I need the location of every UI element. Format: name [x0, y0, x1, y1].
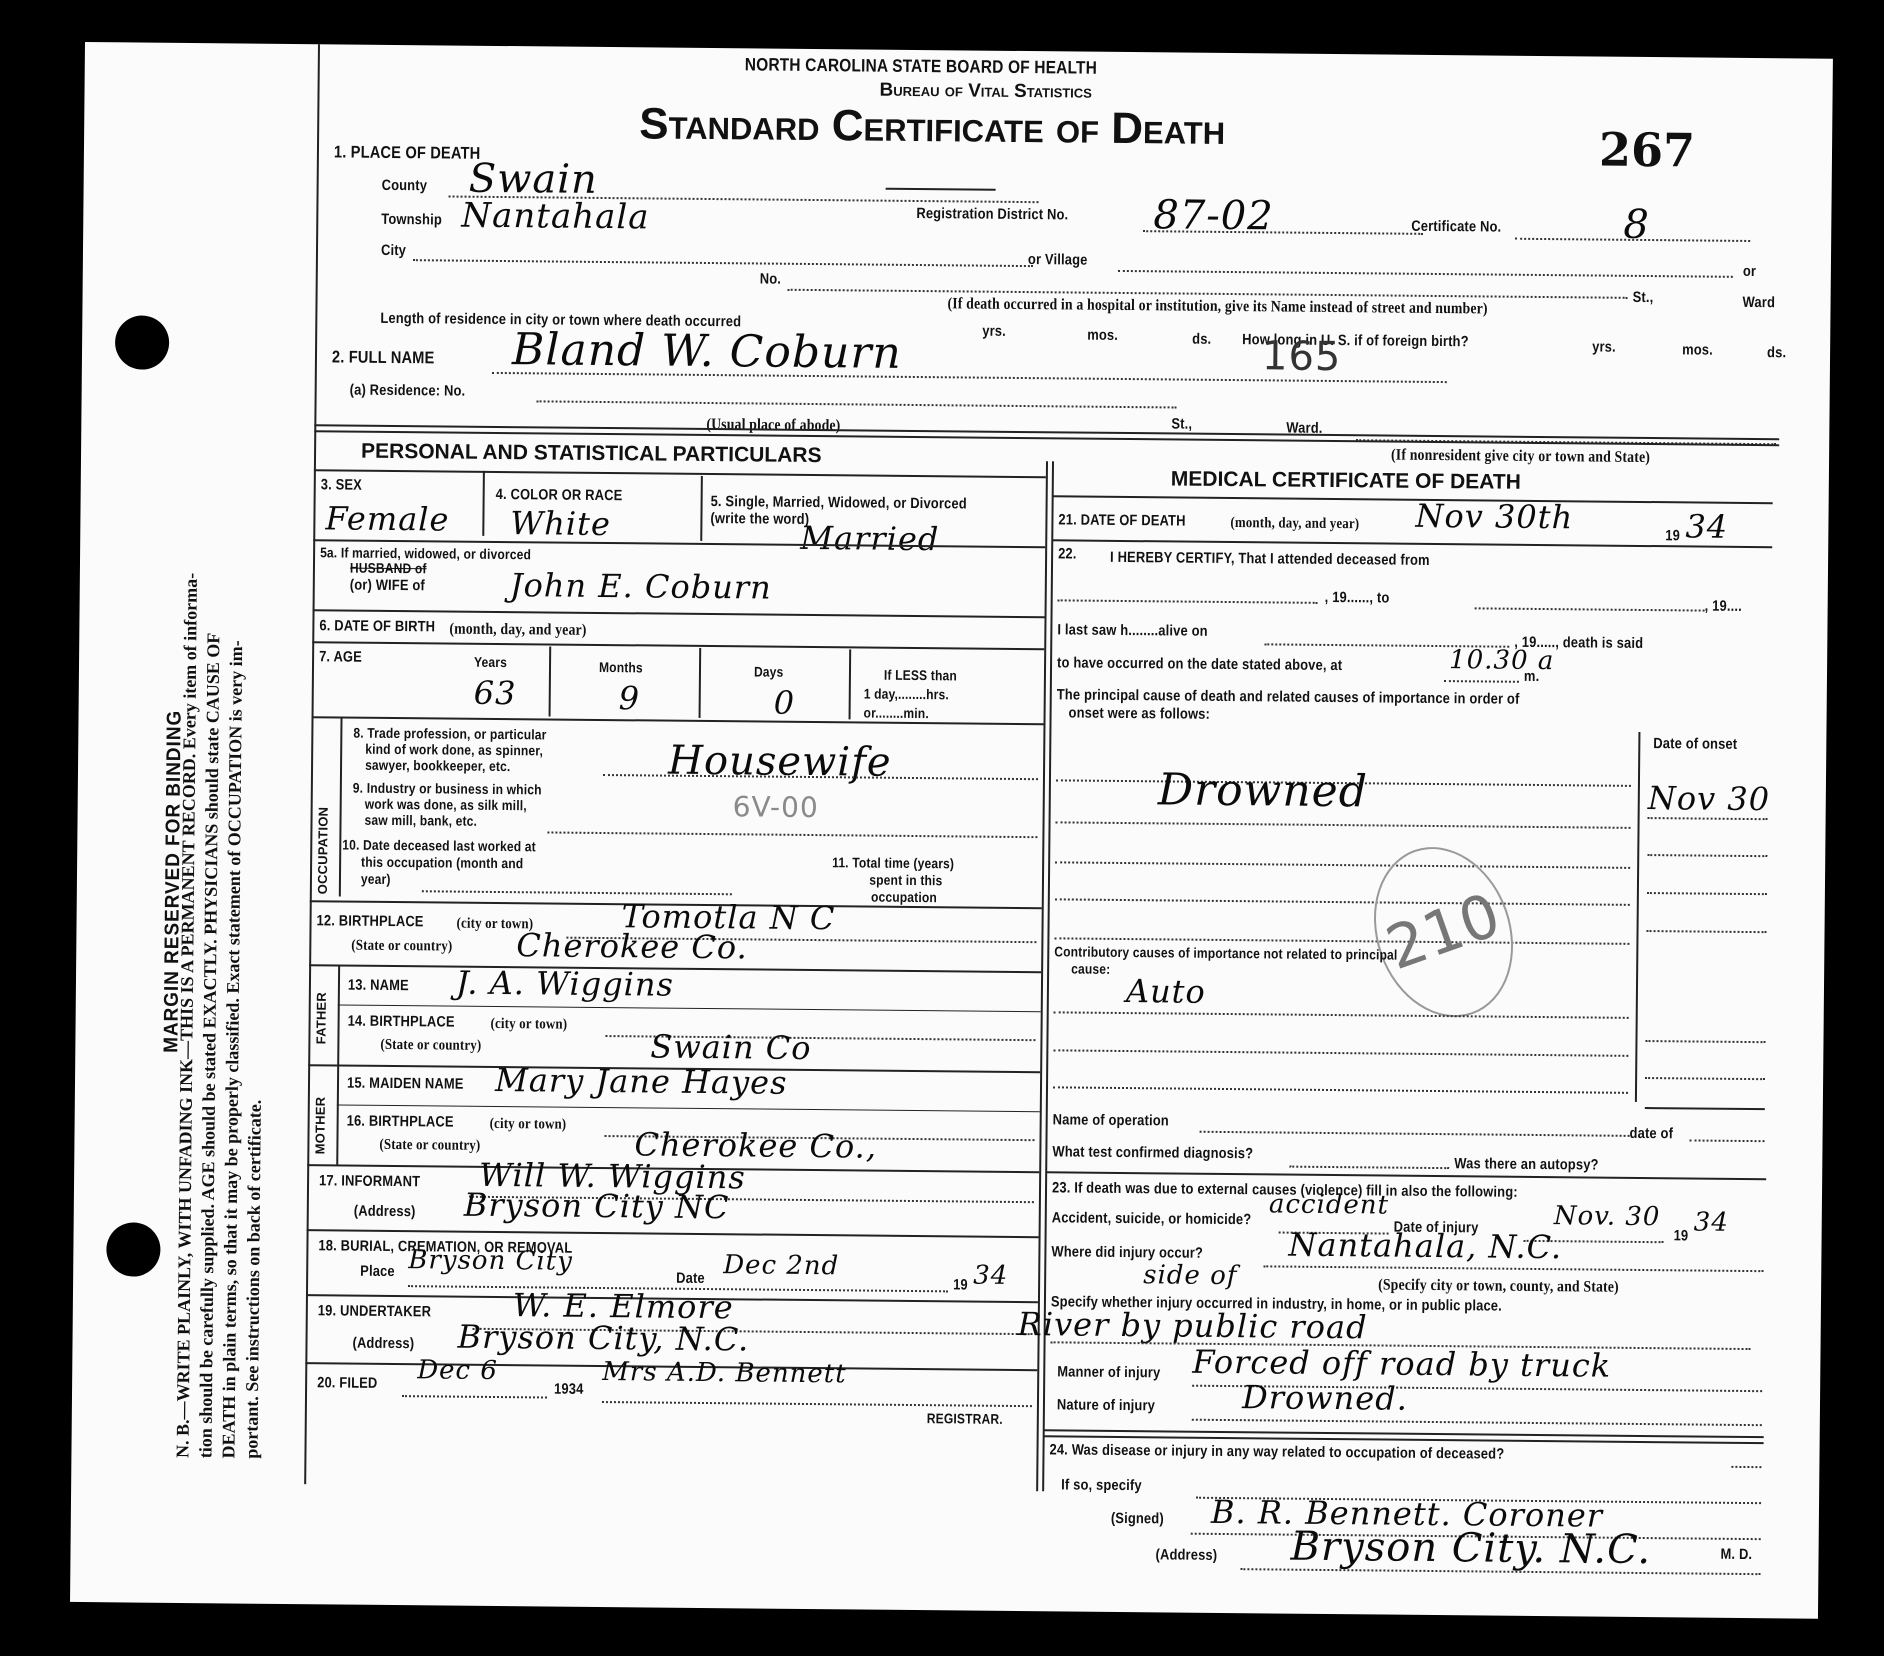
filed-year: 1934 [554, 1381, 584, 1398]
less-than-label-1: If LESS than [884, 667, 957, 684]
binding-hole-top [115, 315, 170, 370]
date-of-death-label: 21. DATE OF DEATH [1058, 511, 1185, 529]
industry-label-line: work was done, as silk mill, [353, 796, 542, 814]
birthplace-label: 12. BIRTHPLACE [316, 912, 423, 930]
father-name-rule [338, 1004, 1041, 1012]
stamp-210: 210 [1351, 828, 1535, 1037]
contributory-line-1 [1054, 1011, 1629, 1019]
last-worked-label-line: year) [342, 871, 536, 890]
burial-year-value: 34 [973, 1261, 1008, 1291]
father-side-label: FATHER [313, 992, 329, 1044]
manner-label: Manner of injury [1057, 1363, 1160, 1381]
filed-date-line [402, 1395, 547, 1398]
external-type-value: accident [1269, 1189, 1389, 1220]
title-underline [886, 188, 996, 191]
less-than-label-3: or........min. [864, 705, 929, 722]
injury-year-value: 34 [1694, 1207, 1729, 1237]
informant-label: 17. INFORMANT [319, 1172, 420, 1190]
personal-section-title: PERSONAL AND STATISTICAL PARTICULARS [361, 440, 822, 468]
occurred-at-label: to have occurred on the date stated abov… [1057, 654, 1342, 674]
undertaker-address-label: (Address) [352, 1335, 414, 1353]
father-name-value: J. A. Wiggins [456, 964, 674, 1004]
race-col-divider [700, 476, 703, 541]
attended-from-line [1058, 599, 1318, 603]
contributory-line-2 [1053, 1049, 1628, 1057]
spouse-value: John E. Coburn [510, 566, 772, 607]
onset-line-4 [1647, 930, 1767, 933]
residence-ds: ds. [1192, 331, 1211, 348]
death-year-value: 34 [1685, 507, 1728, 545]
city-label: City [381, 242, 406, 259]
race-label: 4. COLOR OR RACE [496, 486, 623, 504]
registration-district-label: Registration District No. [916, 205, 1068, 223]
hospital-note: (If death occurred in a hospital or inst… [947, 295, 1487, 318]
informant-end-rule [307, 1229, 1039, 1238]
binding-hole-bottom [106, 1222, 161, 1277]
total-time-label-line: spent in this [832, 871, 954, 889]
document-title: Standard Certificate of Death [639, 99, 1225, 155]
certify-text: I HEREBY CERTIFY, That I attended deceas… [1110, 549, 1430, 569]
industry-label-line: 9. Industry or business in which [353, 780, 542, 798]
ward-label: Ward [1742, 294, 1775, 311]
age-label: 7. AGE [319, 648, 362, 665]
birthplace-state-value: Cherokee Co. [516, 926, 748, 966]
burial-place-value: Bryson City [408, 1245, 573, 1277]
total-time-label-line: 11. Total time (years) [832, 854, 954, 872]
registrar-line [602, 1401, 1032, 1407]
father-city-hint: (city or town) [491, 1016, 568, 1034]
margin-notice: N. B.—WRITE PLAINLY, WITH UNFADING INK—T… [171, 68, 276, 1459]
foreign-yrs: yrs. [1592, 338, 1616, 355]
trade-value: Housewife [668, 738, 892, 786]
informant-address-value: Bryson City NC [464, 1186, 730, 1227]
industry-label: 9. Industry or business in which work wa… [352, 780, 541, 830]
place-of-death-label: 1. PLACE OF DEATH [334, 142, 481, 163]
onset-label: Date of onset [1653, 735, 1737, 753]
age-col-divider-1 [549, 646, 552, 716]
where-value: Nantahala, N.C. [1288, 1226, 1562, 1267]
trade-label: 8. Trade profession, or particular kind … [353, 725, 547, 775]
months-value: 9 [619, 679, 641, 717]
operation-date-line [1690, 1139, 1765, 1142]
full-name-value: Bland W. Coburn [512, 324, 902, 379]
years-value: 63 [474, 674, 517, 712]
industry-code: 6V-00 [733, 790, 819, 824]
contributory-value: Auto [1126, 972, 1206, 1011]
date-of-death-rule [1052, 539, 1772, 548]
burial-date-value: Dec 2nd [723, 1250, 839, 1281]
village-label: or Village [1028, 251, 1088, 269]
contributory-onset-2 [1645, 1077, 1765, 1080]
spouse-label-3: (or) WIFE of [350, 577, 425, 595]
certificate-no-value: 8 [1623, 202, 1650, 248]
mother-maiden-rule [337, 1104, 1040, 1112]
where-line [1263, 1265, 1763, 1272]
contributory-label-2: cause: [1071, 961, 1110, 977]
bureau-name: Bureau of Vital Statistics [879, 80, 1092, 104]
days-label: Days [754, 663, 784, 679]
contributory-onset-1 [1645, 1040, 1765, 1043]
township-label: Township [381, 211, 442, 229]
father-birthplace-label: 14. BIRTHPLACE [348, 1013, 455, 1031]
operation-date-label: date of [1630, 1125, 1674, 1142]
attended-from-to: , 19......, to [1325, 589, 1390, 607]
trade-label-line: kind of work done, as spinner, [353, 741, 546, 759]
occupation-related-label: 24. Was disease or injury in any way rel… [1049, 1441, 1504, 1462]
md-label: M. D. [1720, 1546, 1752, 1563]
residence-label: (a) Residence: No. [350, 382, 466, 400]
street-no-label: No. [760, 270, 781, 287]
operation-label: Name of operation [1053, 1111, 1169, 1129]
agency-name: NORTH CAROLINA STATE BOARD OF HEALTH [745, 54, 1097, 78]
burial-date-label: Date [676, 1270, 705, 1287]
where-label: Where did injury occur? [1051, 1243, 1203, 1261]
full-name-label: 2. FULL NAME [332, 347, 435, 368]
county-label: County [382, 177, 428, 194]
personal-title-rule [314, 469, 1046, 478]
where-hint: (Specify city or town, county, and State… [1378, 1276, 1619, 1296]
occupation-related-line [1731, 1466, 1761, 1468]
undertaker-address-value: Bryson City, N.C. [457, 1318, 749, 1359]
contributory-label-1: Contributory causes of importance not re… [1054, 943, 1397, 962]
mother-state-hint: (State or country) [379, 1137, 480, 1155]
certify-number: 22. [1058, 545, 1077, 562]
test-label: What test confirmed diagnosis? [1052, 1143, 1253, 1162]
personal-row3-rule [312, 641, 1044, 650]
sex-value: Female [325, 499, 449, 538]
last-worked-label-line: this occupation (month and [342, 854, 536, 873]
medical-title-rule [1053, 495, 1773, 504]
occupation-specify-label: If so, specify [1061, 1476, 1142, 1494]
external-type-label: Accident, suicide, or homicide? [1052, 1209, 1252, 1228]
residence-yrs: yrs. [982, 323, 1006, 340]
attended-to-line [1475, 607, 1705, 611]
cause-line-3 [1055, 861, 1630, 869]
attended-to-end: , 19.... [1705, 598, 1742, 615]
principal-cause-value: Drowned [1158, 764, 1368, 817]
city-line [413, 259, 1033, 267]
dob-hint: (month, day, and year) [449, 621, 586, 640]
time-suffix: m. [1524, 668, 1540, 685]
trade-label-line: 8. Trade profession, or particular [353, 725, 546, 743]
nonresident-note: (If nonresident give city or town and St… [1391, 447, 1650, 467]
test-line [1289, 1166, 1449, 1170]
industry-line [547, 831, 1037, 838]
mother-maiden-label: 15. MAIDEN NAME [347, 1075, 464, 1093]
less-than-label-2: 1 day,........hrs. [864, 686, 949, 703]
total-time-label: 11. Total time (years) spent in this occ… [832, 854, 954, 906]
nature-line [1192, 1419, 1762, 1426]
injury-date-value: Nov. 30 [1554, 1201, 1661, 1232]
nature-label: Nature of injury [1057, 1396, 1155, 1414]
autopsy-label: Was there an autopsy? [1454, 1155, 1599, 1173]
mother-birthplace-label: 16. BIRTHPLACE [347, 1113, 454, 1131]
residence-st-label: St., [1171, 415, 1192, 432]
form-left-rule [304, 44, 320, 1484]
years-label: Years [474, 654, 507, 670]
registrar-signature: Mrs A.D. Bennett [602, 1357, 847, 1389]
cause-intro-2: onset were as follows: [1069, 704, 1211, 722]
certificate-no-label: Certificate No. [1411, 218, 1501, 236]
father-name-label: 13. NAME [348, 977, 409, 995]
filed-label: 20. FILED [317, 1374, 377, 1392]
onset-line-3 [1647, 892, 1767, 895]
foreign-ds: ds. [1767, 344, 1786, 361]
nature-value: Drowned. [1242, 1378, 1408, 1418]
last-worked-label: 10. Date deceased last worked at this oc… [342, 837, 536, 890]
time-of-death-line [1444, 680, 1519, 683]
last-worked-label-line: 10. Date deceased last worked at [342, 837, 536, 856]
mother-city-hint: (city or town) [490, 1116, 567, 1134]
test-end-rule [1046, 1171, 1766, 1180]
onset-line-2 [1647, 854, 1767, 857]
birthplace-state-hint: (State or country) [351, 938, 452, 956]
spouse-label-2: HUSBAND of [350, 560, 427, 577]
onset-value: Nov 30 [1648, 779, 1771, 818]
race-value: White [510, 504, 611, 543]
industry-label-line: saw mill, bank, etc. [352, 812, 541, 830]
contributory-end-rule [1645, 1107, 1765, 1110]
village-line [1118, 270, 1733, 278]
injury-year-prefix: 19 [1674, 1227, 1689, 1244]
md-address-value: Bryson City. N.C. [1290, 1524, 1651, 1573]
days-value: 0 [774, 684, 796, 722]
total-time-label-line: occupation [832, 888, 954, 906]
or-label: or [1743, 263, 1756, 280]
sex-col-divider [482, 471, 485, 536]
operation-line [1200, 1131, 1630, 1137]
burial-place-label: Place [360, 1263, 395, 1280]
date-of-death-value: Nov 30th [1415, 497, 1573, 537]
age-col-divider-2 [699, 648, 702, 718]
file-number: 267 [1599, 123, 1696, 178]
age-col-divider-3 [849, 649, 852, 719]
sex-label: 3. SEX [321, 476, 362, 493]
trade-label-line: sawyer, bookkeeper, etc. [353, 757, 546, 775]
occupation-side-label: OCCUPATION [315, 807, 331, 895]
signed-label: (Signed) [1111, 1510, 1164, 1528]
personal-row4-rule [312, 716, 1044, 725]
father-state-hint: (State or country) [380, 1037, 481, 1055]
months-label: Months [599, 659, 643, 675]
date-of-death-hint: (month, day, and year) [1230, 515, 1359, 533]
informant-address-label: (Address) [354, 1203, 416, 1221]
foreign-mos: mos. [1682, 341, 1713, 358]
registrar-label: REGISTRAR. [927, 1410, 1003, 1427]
onset-column-rule [1635, 732, 1641, 1102]
certificate-paper: MARGIN RESERVED FOR BINDING N. B.—WRITE … [70, 42, 1833, 1619]
st-label: St., [1633, 289, 1654, 306]
personal-row2-rule [313, 609, 1045, 618]
side-note-1: side of [1143, 1260, 1238, 1291]
father-birthplace-value: Swain Co [650, 1027, 812, 1067]
side-note-2: River by public road [1018, 1305, 1368, 1346]
md-address-label: (Address) [1155, 1546, 1217, 1564]
mother-side-label: MOTHER [312, 1097, 328, 1155]
residence-line [537, 400, 1177, 408]
medical-section-title: MEDICAL CERTIFICATE OF DEATH [1171, 467, 1521, 494]
cause-line-2 [1056, 821, 1631, 829]
residence-mos: mos. [1087, 327, 1118, 344]
cause-line-4 [1055, 898, 1630, 906]
marital-value: Married [800, 519, 939, 558]
full-name-annotation: 165 [1262, 333, 1342, 380]
last-saw-label: I last saw h........alive on [1057, 621, 1208, 639]
undertaker-label: 19. UNDERTAKER [318, 1302, 431, 1320]
dob-label: 6. DATE OF BIRTH [319, 617, 435, 635]
filed-date-value: Dec 6 [417, 1355, 498, 1386]
mother-maiden-value: Mary Jane Hayes [495, 1061, 788, 1102]
contributory-line-3 [1053, 1086, 1628, 1094]
last-worked-line [422, 890, 732, 895]
death-year-prefix: 19 [1665, 527, 1680, 544]
burial-year-prefix: 19 [953, 1276, 968, 1293]
township-value: Nantahala [461, 196, 650, 238]
